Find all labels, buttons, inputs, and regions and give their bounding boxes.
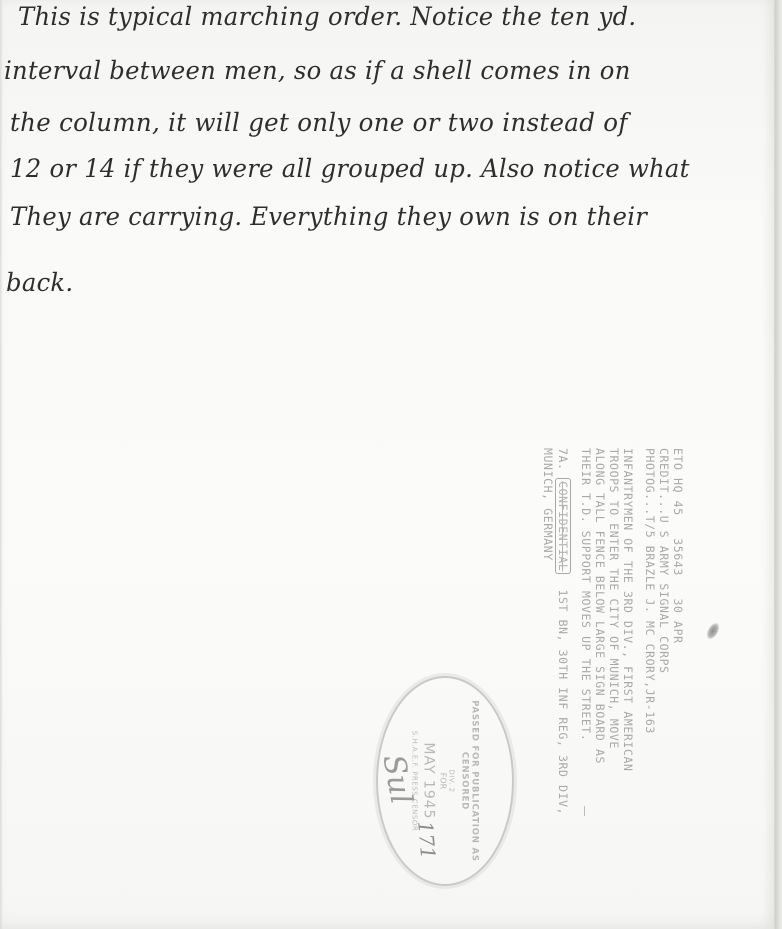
- handwritten-line: back.: [6, 268, 73, 297]
- unit-text: 1ST BN, 30TH INF REG, 3RD DIV,: [556, 589, 570, 815]
- caption-header-line: ETO HQ 45 35643 30 APR: [671, 448, 685, 888]
- caption-body-line: TROOPS TO ENTER THE CITY OF MUNICH, MOVE: [607, 448, 621, 888]
- crossed-out-classification: CONFIDENTIAL: [555, 478, 571, 574]
- stamp-ring-text: PASSED FOR PUBLICATION AS CENSORED: [460, 681, 480, 881]
- handwritten-line: 12 or 14 if they were all grouped up. Al…: [10, 154, 690, 183]
- handwritten-line: They are carrying. Everything they own i…: [10, 202, 647, 231]
- typed-caption: ETO HQ 45 35643 30 APR CREDIT...U S ARMY…: [541, 448, 685, 888]
- handwritten-line: This is typical marching order. Notice t…: [18, 2, 636, 31]
- page-left-shadow: [0, 0, 3, 929]
- page-right-edge: [775, 0, 782, 929]
- handwritten-line: the column, it will get only one or two …: [10, 108, 628, 137]
- pencil-mark: [584, 806, 585, 816]
- unit-prefix: 7A.: [556, 448, 570, 471]
- caption-photographer-line: PHOTOG...T/5 BRAZLE J. MC CRORY,JR-163: [643, 448, 657, 888]
- caption-location-line: MUNICH, GERMANY: [541, 448, 555, 888]
- caption-unit-line: 7A. CONFIDENTIAL 1ST BN, 30TH INF REG, 3…: [555, 448, 571, 888]
- stamp-for-label: FOR: [439, 681, 448, 881]
- stamp-day: DIV. 2: [448, 681, 456, 881]
- caption-body-line: THEIR T.D. SUPPORT MOVES UP THE STREET.: [579, 448, 593, 888]
- handwritten-line: interval between men, so as if a shell c…: [4, 56, 631, 85]
- censor-number: 171: [413, 820, 440, 860]
- caption-credit-line: CREDIT...U S ARMY SIGNAL CORPS: [657, 448, 671, 888]
- caption-body-line: ALONG TALL FENCE BELOW LARGE SIGN BOARD …: [593, 448, 607, 888]
- caption-body-line: INFANTRYMEN OF THE 3RD DIV., FIRST AMERI…: [621, 448, 635, 888]
